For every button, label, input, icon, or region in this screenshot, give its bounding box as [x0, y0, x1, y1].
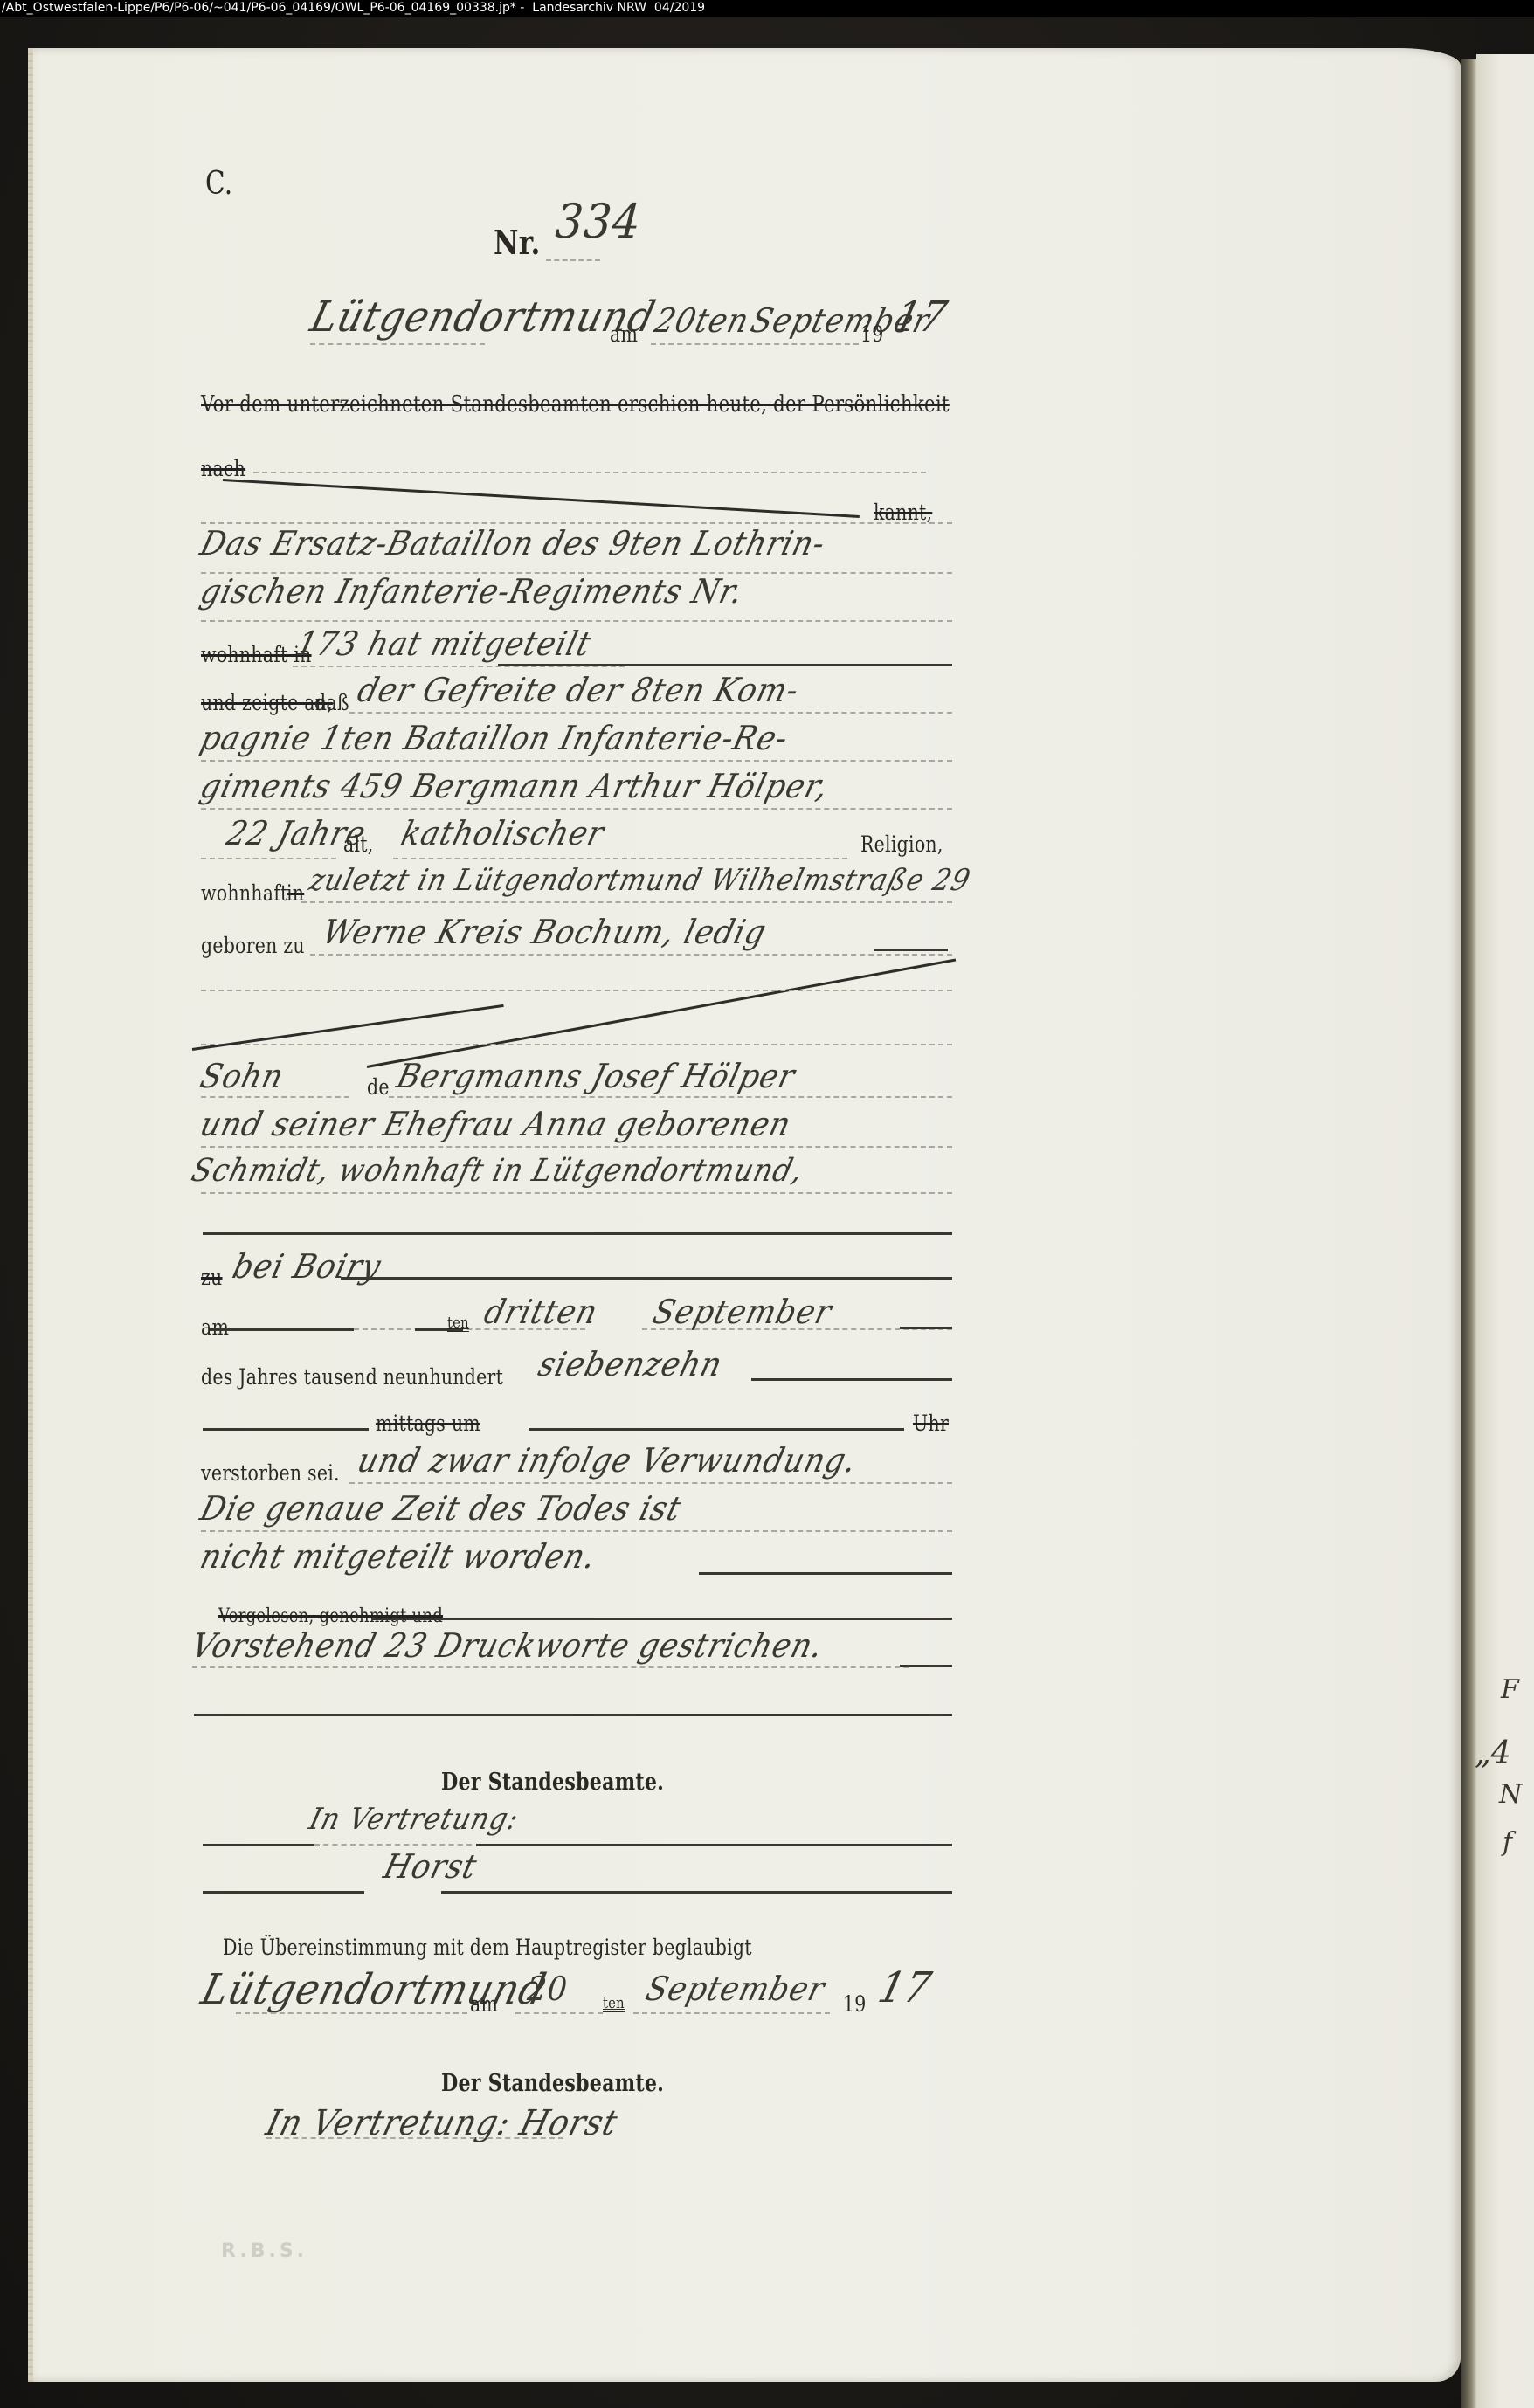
relation: Sohn — [197, 1057, 288, 1095]
form-line — [201, 990, 952, 991]
certifying-registrar-heading: Der Standesbeamte. — [441, 2070, 664, 2097]
record-place: Lütgendortmund — [306, 293, 660, 342]
form-line — [349, 712, 952, 714]
window-title-bar: /Abt_Ostwestfalen-Lippe/P6/P6-06/~041/P6… — [0, 0, 1534, 17]
registrar-heading: Der Standesbeamte. — [441, 1769, 664, 1796]
form-line — [310, 954, 952, 956]
informant-line-3: 173 hat mitgeteilt — [293, 624, 595, 663]
fill-line — [498, 664, 952, 666]
deceased-religion: katholischer — [397, 814, 608, 852]
deceased-line-1: der Gefreite der 8ten Kom- — [354, 671, 803, 709]
fill-line — [900, 1327, 952, 1329]
form-line — [201, 1044, 952, 1045]
struck-intro: Vor dem unterzeichneten Standesbeamten e… — [201, 391, 950, 417]
form-line — [354, 1328, 585, 1330]
book-gutter — [1461, 59, 1476, 2408]
deceased-residence: zuletzt in Lütgendortmund Wilhelmstraße … — [306, 863, 974, 898]
form-line — [633, 2012, 830, 2014]
form-line — [201, 620, 952, 622]
place-line — [310, 343, 485, 345]
informant-line-1: Das Ersatz-Bataillon des 9ten Lothrin- — [197, 524, 830, 562]
father: Bergmanns Josef Hölper — [393, 1057, 799, 1095]
section-letter: C. — [205, 166, 232, 202]
fill-line — [476, 1844, 952, 1846]
struck-nach: nach — [201, 456, 245, 481]
verstorben-label: verstorben sei. — [201, 1460, 340, 1486]
form-line — [192, 1666, 909, 1668]
death-day: dritten — [480, 1293, 602, 1331]
number-line — [546, 259, 600, 261]
mother-line-1: und seiner Ehefrau Anna geborenen — [197, 1105, 795, 1143]
form-line — [393, 858, 847, 859]
fill-line — [203, 1232, 952, 1235]
struck-vorgelesen: Vorgelesen, genehmigt und — [218, 1605, 443, 1627]
certification-ten: ten — [603, 1994, 625, 2012]
fill-line — [341, 1277, 952, 1280]
strike-note: Vorstehend 23 Druckworte gestrichen. — [188, 1626, 827, 1665]
struck-uhr: Uhr — [913, 1411, 949, 1436]
fill-line — [699, 1572, 952, 1575]
year-phrase: des Jahres tausend neunhundert — [201, 1364, 503, 1390]
form-line — [201, 760, 952, 762]
form-line — [201, 1146, 952, 1148]
record-number-label: Nr. — [494, 223, 541, 262]
certification-text: Die Übereinstimmung mit dem Hauptregiste… — [223, 1935, 752, 1960]
ten-label: ten — [447, 1314, 469, 1332]
adjacent-page-fragment: „4 — [1475, 1735, 1511, 1771]
window-title: /Abt_Ostwestfalen-Lippe/P6/P6-06/~041/P6… — [2, 1, 705, 15]
form-line — [201, 1096, 349, 1098]
record-day: 20ten — [651, 301, 753, 340]
form-line — [389, 1096, 952, 1098]
form-line — [201, 1530, 952, 1532]
form-line — [515, 2012, 603, 2014]
adjacent-page-fragment: f — [1503, 1827, 1512, 1858]
fill-line — [371, 1618, 952, 1620]
dass-label: daß — [314, 690, 349, 715]
death-month: September — [649, 1293, 836, 1331]
alt-label: alt, — [343, 831, 374, 857]
fill-line — [203, 1428, 369, 1431]
form-line — [253, 472, 926, 473]
religion-label: Religion, — [860, 831, 943, 857]
deceased-line-3: giments 459 Bergmann Arthur Hölper, — [197, 767, 833, 805]
am-label: am — [610, 321, 638, 347]
fill-line — [900, 1665, 952, 1667]
year-prefix: 19 — [860, 321, 884, 347]
form-line — [201, 858, 336, 859]
fill-line — [751, 1378, 952, 1381]
wohnhaft-label: wohnhaft — [201, 880, 288, 906]
struck-mittags-um: mittags um — [376, 1411, 480, 1436]
fill-line — [529, 1428, 904, 1431]
date-line — [651, 343, 859, 345]
geboren-zu-label: geboren zu — [201, 933, 305, 958]
certification-am: am — [470, 1991, 498, 2017]
registrar-signature-prefix: In Vertretung: — [306, 1802, 522, 1837]
fill-line — [203, 1844, 316, 1846]
fill-line — [194, 1714, 952, 1716]
form-line — [201, 1192, 952, 1194]
deceased-birthplace: Werne Kreis Bochum, ledig — [319, 913, 770, 951]
form-line — [349, 1482, 952, 1484]
record-number: 334 — [549, 194, 647, 249]
registrar-signature-name: Horst — [380, 1847, 481, 1886]
struck-kannt: kannt, — [874, 500, 932, 525]
informant-line-2: gischen Infanterie-Regiments Nr. — [197, 572, 748, 611]
form-line — [314, 1844, 472, 1846]
am-label-death: am — [201, 1314, 229, 1340]
mother-line-2: Schmidt, wohnhaft in Lütgendortmund, — [188, 1153, 807, 1189]
death-cause-1: und zwar infolge Verwundung. — [354, 1441, 861, 1480]
adjacent-page-fragment: N — [1499, 1779, 1522, 1810]
death-cause-2: Die genaue Zeit des Todes ist — [197, 1489, 686, 1528]
fill-line — [874, 949, 948, 951]
death-year: siebenzehn — [535, 1345, 727, 1383]
form-line — [201, 808, 952, 810]
death-place: bei Boiry — [229, 1247, 385, 1286]
form-line — [301, 901, 952, 903]
form-line — [266, 2137, 563, 2139]
struck-und-zeigte-an: und zeigte an, — [201, 690, 333, 715]
adjacent-page: F „4 N f — [1476, 54, 1534, 2408]
fill-line — [441, 1891, 952, 1894]
adjacent-page-fragment: F — [1501, 1674, 1519, 1705]
deceased-line-2: pagnie 1ten Bataillon Infanterie-Re- — [197, 719, 792, 757]
fill-line — [210, 1328, 354, 1331]
form-line — [236, 2012, 467, 2014]
de-label: de — [367, 1074, 390, 1100]
faint-stamp: R.B.S. — [221, 2240, 307, 2262]
certification-year-prefix: 19 — [843, 1991, 867, 2017]
death-cause-3: nicht mitgeteilt worden. — [197, 1537, 600, 1576]
fill-line — [203, 1891, 364, 1894]
struck-zu: zu — [201, 1265, 222, 1290]
certification-month: September — [642, 1970, 829, 2008]
